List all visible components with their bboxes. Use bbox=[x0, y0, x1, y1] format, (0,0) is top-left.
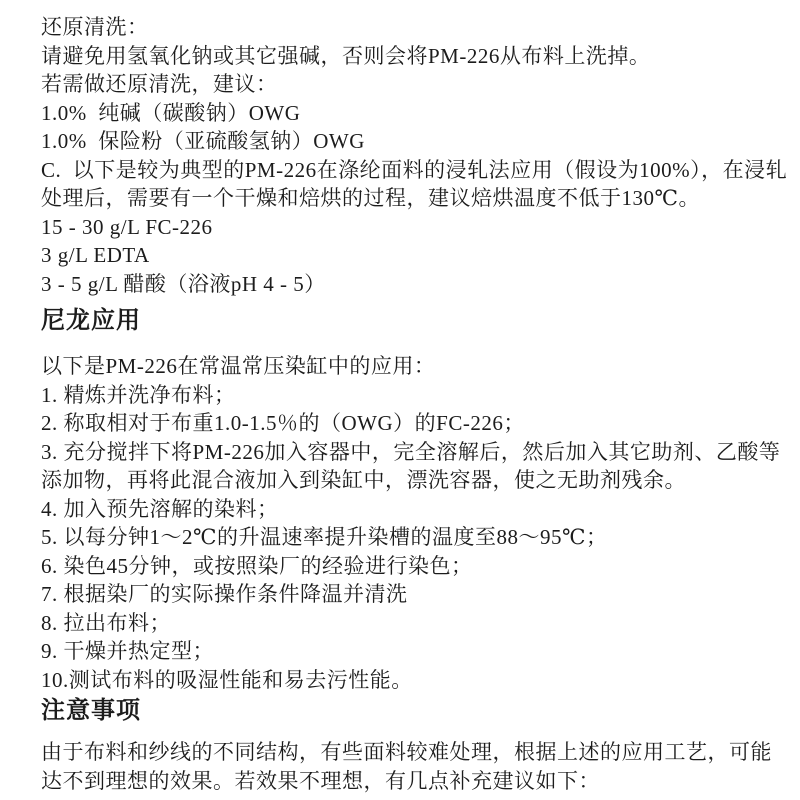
text-line: 还原清洗： bbox=[41, 13, 772, 42]
list-item-continuation: 添加物，再将此混合液加入到染缸中，漂洗容器，使之无助剂残余。 bbox=[41, 466, 772, 495]
text-line: 由于布料和纱线的不同结构，有些面料较难处理，根据上述的应用工艺，可能 bbox=[41, 738, 772, 767]
document-page: 还原清洗： 请避免用氢氧化钠或其它强碱，否则会将PM-226从布料上洗掉。 若需… bbox=[0, 0, 800, 800]
list-item: 7. 根据染厂的实际操作条件降温并清洗 bbox=[41, 580, 772, 609]
text-line: 15 - 30 g/L FC-226 bbox=[41, 213, 772, 242]
text-line: 处理后，需要有一个干燥和焙烘的过程，建议焙烘温度不低于130℃。 bbox=[41, 184, 772, 213]
text-line: 以下是PM-226在常温常压染缸中的应用： bbox=[41, 352, 772, 381]
section-heading-nylon-application: 尼龙应用 bbox=[41, 306, 772, 336]
section-heading-notes: 注意事项 bbox=[41, 696, 772, 726]
text-line: C. 以下是较为典型的PM-226在涤纶面料的浸轧法应用（假设为100%），在浸… bbox=[41, 156, 772, 185]
text-line: 请避免用氢氧化钠或其它强碱，否则会将PM-226从布料上洗掉。 bbox=[41, 42, 772, 71]
text-line: 达不到理想的效果。若效果不理想，有几点补充建议如下： bbox=[41, 767, 772, 796]
text-line: 若需做还原清洗，建议： bbox=[41, 70, 772, 99]
list-item: 3. 充分搅拌下将PM-226加入容器中，完全溶解后，然后加入其它助剂、乙酸等 bbox=[41, 438, 772, 467]
list-item: 4. 加入预先溶解的染料； bbox=[41, 495, 772, 524]
nylon-application-section: 以下是PM-226在常温常压染缸中的应用： 1. 精炼并洗净布料； 2. 称取相… bbox=[41, 352, 772, 694]
document-body: 还原清洗： 请避免用氢氧化钠或其它强碱，否则会将PM-226从布料上洗掉。 若需… bbox=[0, 0, 800, 795]
list-item: 6. 染色45分钟，或按照染厂的经验进行染色； bbox=[41, 552, 772, 581]
notes-section: 由于布料和纱线的不同结构，有些面料较难处理，根据上述的应用工艺，可能 达不到理想… bbox=[41, 738, 772, 795]
list-item: 8. 拉出布料； bbox=[41, 609, 772, 638]
list-item: 2. 称取相对于布重1.0-1.5％的（OWG）的FC-226； bbox=[41, 409, 772, 438]
list-item: 9. 干燥并热定型； bbox=[41, 637, 772, 666]
text-line: 3 g/L EDTA bbox=[41, 241, 772, 270]
text-line: 1.0% 纯碱（碳酸钠）OWG bbox=[41, 99, 772, 128]
reduction-cleaning-section: 还原清洗： 请避免用氢氧化钠或其它强碱，否则会将PM-226从布料上洗掉。 若需… bbox=[41, 13, 772, 298]
list-item: 1. 精炼并洗净布料； bbox=[41, 381, 772, 410]
text-line: 3 - 5 g/L 醋酸（浴液pH 4 - 5） bbox=[41, 270, 772, 299]
text-line: 1.0% 保险粉（亚硫酸氢钠）OWG bbox=[41, 127, 772, 156]
list-item: 10.测试布料的吸湿性能和易去污性能。 bbox=[41, 666, 772, 695]
list-item: 5. 以每分钟1～2℃的升温速率提升染槽的温度至88～95℃； bbox=[41, 523, 772, 552]
